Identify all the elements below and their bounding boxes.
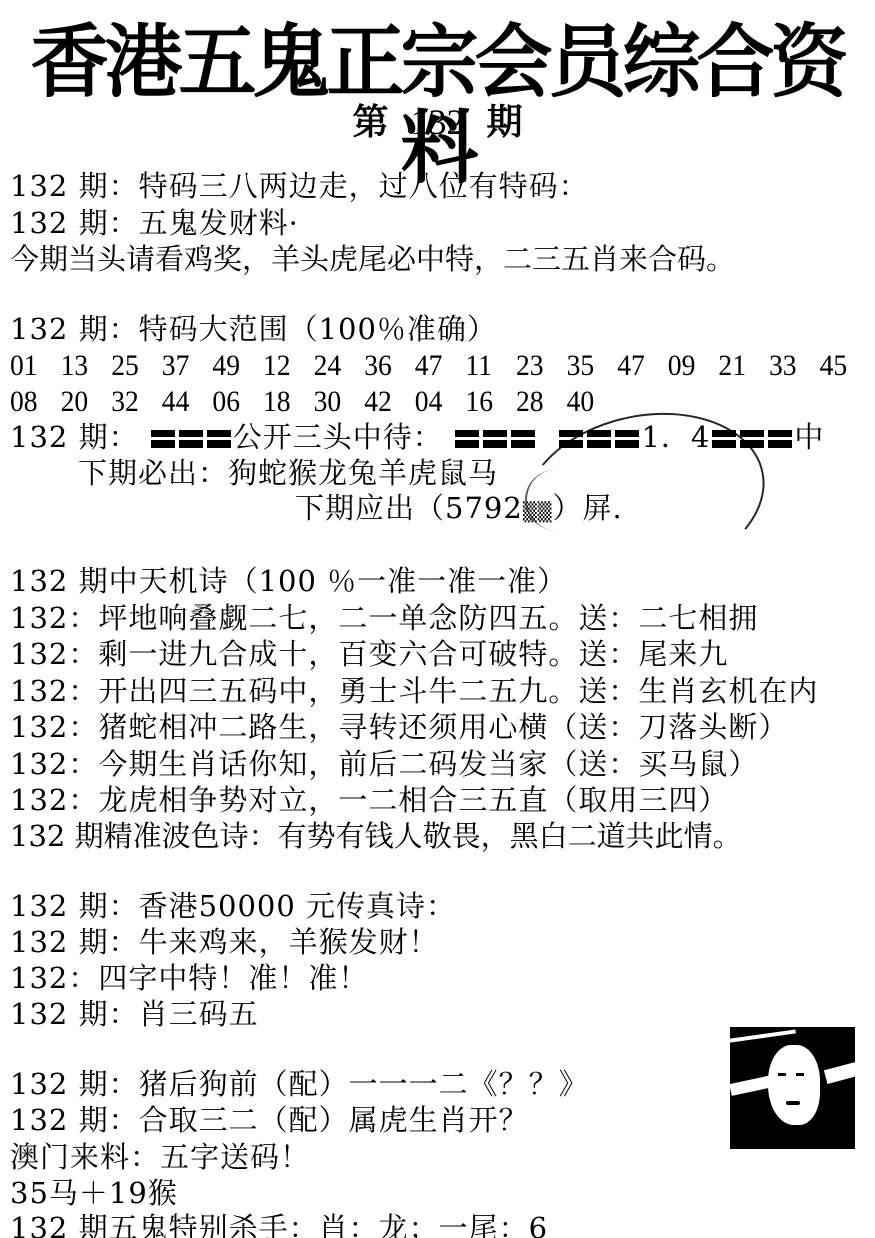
number: 37 — [162, 348, 213, 384]
macau-line: 澳门来料：五字送码！ — [10, 1139, 310, 1175]
number: 24 — [314, 348, 365, 384]
mouth-shape — [786, 1101, 800, 1105]
number: 25 — [111, 348, 162, 384]
pairing-line: 132 期：猪后狗前（配）一一一二《？？》 — [10, 1066, 589, 1102]
number: 42 — [364, 384, 415, 420]
number: 44 — [162, 384, 213, 420]
number: 06 — [212, 384, 263, 420]
line-end: 中 — [794, 420, 824, 454]
number: 08 — [10, 384, 61, 420]
redacted-block — [511, 430, 535, 448]
issue-number: 第132期 — [0, 100, 875, 144]
eye-shape — [778, 1073, 786, 1076]
poem-heading: 132 期中天机诗（100 ％一准一准一准） — [10, 563, 567, 599]
number: 35 — [567, 348, 618, 384]
number: 23 — [516, 348, 567, 384]
should-out-text: 下期应出（5792 — [295, 491, 523, 525]
number: 47 — [617, 348, 668, 384]
must-out-line: 下期必出：狗蛇猴龙兔羊虎鼠马 — [78, 455, 498, 491]
poem-line: 132：开出四三五码中，勇士斗牛二五九。送：生肖玄机在内 — [10, 673, 818, 709]
number: 18 — [263, 384, 314, 420]
chicken-prize-line: 今期当头请看鸡奖，羊头虎尾必中特，二三五肖来合码。 — [10, 241, 735, 277]
fax-poem-line: 132 期：肖三码五 — [10, 996, 259, 1032]
wave-color-poem: 132 期精准波色诗：有势有钱人敬畏，黑白二道共此情。 — [10, 818, 742, 854]
number: 30 — [314, 384, 365, 420]
number: 49 — [212, 348, 263, 384]
fax-poem-line: 132 期：牛来鸡来，羊猴发财！ — [10, 924, 439, 960]
issue-suffix: 期 — [487, 101, 523, 143]
number: 47 — [415, 348, 466, 384]
redacted-block — [207, 430, 231, 448]
hat-brim — [730, 1029, 796, 1044]
poem-line: 132：猪蛇相冲二路生，寻转还须用心横（送：刀落头断） — [10, 709, 788, 745]
numbers-row-1: 0113253749122436471123354709213345 — [10, 348, 870, 384]
poem-line: 132：今期生肖话你知，前后二码发当家（送：买马鼠） — [10, 746, 758, 782]
numbers-row-2: 082032440618304204162840 — [10, 384, 617, 420]
poem-line: 132：龙虎相争势对立，一二相合三五直（取用三四） — [10, 782, 728, 818]
number: 04 — [415, 384, 466, 420]
issue-prefix: 第 — [352, 101, 388, 143]
redacted-block — [179, 430, 203, 448]
number: 36 — [364, 348, 415, 384]
issue-number-value: 132 — [411, 102, 465, 142]
redacted-block — [151, 430, 175, 448]
number: 32 — [111, 384, 162, 420]
redacted-block — [768, 430, 792, 448]
number: 09 — [668, 348, 719, 384]
number: 16 — [465, 384, 516, 420]
number: 12 — [263, 348, 314, 384]
redacted-block — [455, 430, 479, 448]
face-shape — [768, 1045, 820, 1125]
line-mid: 公开三头中待： — [233, 420, 443, 454]
redacted-block — [483, 430, 507, 448]
fax-poem-line: 132 期：香港50000 元传真诗： — [10, 888, 456, 924]
number: 33 — [769, 348, 820, 384]
number: 13 — [61, 348, 112, 384]
eye-shape — [796, 1073, 804, 1076]
killer-line: 132 期五鬼特别杀手：肖：龙；一尾：6 — [10, 1210, 548, 1238]
fax-poem-line: 132：四字中特！准！准！ — [10, 960, 368, 996]
pairing-line: 132 期：合取三二（配）属虎生肖开？ — [10, 1102, 529, 1138]
number: 01 — [10, 348, 61, 384]
poem-line: 132：剩一进九合成十，百变六合可破特。送：尾来九 — [10, 636, 728, 672]
special-code-line: 132 期：特码三八两边走，过八位有特码： — [10, 168, 589, 204]
number: 28 — [516, 384, 567, 420]
portrait-photo — [730, 1027, 855, 1149]
number: 45 — [820, 348, 871, 384]
photo-highlight — [824, 1060, 855, 1084]
number: 21 — [718, 348, 769, 384]
five-ghost-line: 132 期：五鬼发财料· — [10, 205, 299, 241]
line-prefix: 132 期： — [10, 420, 139, 454]
poem-line: 132：坪地响叠觑二七，二一单念防四五。送：二七相拥 — [10, 600, 758, 636]
number: 40 — [567, 384, 618, 420]
send-code-line: 35马＋19猴 — [10, 1175, 178, 1211]
number: 20 — [61, 384, 112, 420]
range-heading: 132 期：特码大范围（100％准确） — [10, 311, 497, 347]
number: 11 — [465, 348, 516, 384]
